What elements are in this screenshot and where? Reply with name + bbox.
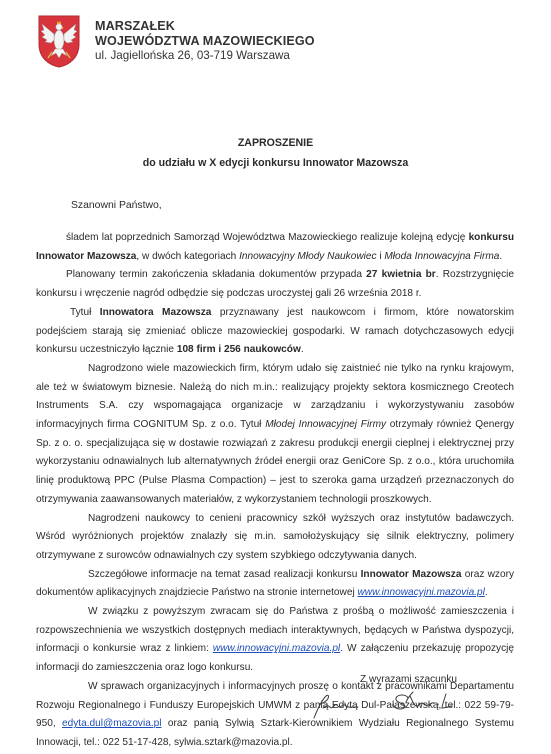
text: Tytuł bbox=[70, 307, 100, 318]
letterhead-text: MARSZAŁEK WOJEWÓDZTWA MAZOWIECKIEGO ul. … bbox=[95, 19, 315, 63]
bold-text: Innowator Mazowsza bbox=[361, 569, 462, 580]
office-title: MARSZAŁEK bbox=[95, 19, 315, 34]
email-link[interactable]: edyta.dul@mazovia.pl bbox=[62, 718, 161, 729]
paragraph-6: Szczegółowe informacje na temat zasad re… bbox=[36, 566, 514, 603]
italic-text: Młodej Innowacyjnej Firmy bbox=[265, 419, 386, 430]
letter-subtitle: do udziału w X edycji konkursu Innowator… bbox=[0, 156, 551, 170]
text: . bbox=[485, 587, 488, 598]
website-link[interactable]: www.innowacyjni.mazovia.pl bbox=[213, 643, 340, 654]
letter-title-block: ZAPROSZENIE do udziału w X edycji konkur… bbox=[0, 136, 551, 170]
office-address: ul. Jagiellońska 26, 03-719 Warszawa bbox=[95, 48, 315, 63]
letter-title: ZAPROSZENIE bbox=[0, 136, 551, 150]
text: Szczegółowe informacje na temat zasad re… bbox=[88, 569, 361, 580]
paragraph-3: Tytuł Innowatora Mazowsza przyznawany je… bbox=[36, 304, 514, 360]
website-link[interactable]: www.innowacyjni.mazovia.pl bbox=[358, 587, 485, 598]
handwritten-signature-icon bbox=[310, 688, 460, 722]
salutation: Szanowni Państwo, bbox=[71, 200, 162, 211]
text: . bbox=[499, 251, 502, 262]
italic-text: Innowacyjny Młody Naukowiec bbox=[239, 251, 376, 262]
text: otrzymały również Qenergy Sp. z o. o. sp… bbox=[36, 419, 514, 505]
text: , w dwóch kategoriach bbox=[136, 251, 239, 262]
paragraph-2: Planowany termin zakończenia składania d… bbox=[36, 266, 514, 303]
paragraph-5: Nagrodzeni naukowcy to cenieni pracownic… bbox=[36, 510, 514, 566]
italic-text: Młoda Innowacyjna Firma bbox=[384, 251, 499, 262]
paragraph-7: W związku z powyższym zwracam się do Pań… bbox=[36, 603, 514, 678]
paragraph-4: Nagrodzono wiele mazowieckich firm, któr… bbox=[36, 360, 514, 510]
paragraph-1: śladem lat poprzednich Samorząd Wojewódz… bbox=[36, 229, 514, 266]
mazovia-coat-of-arms-icon bbox=[37, 14, 81, 68]
letterhead: MARSZAŁEK WOJEWÓDZTWA MAZOWIECKIEGO ul. … bbox=[37, 14, 517, 84]
text: . bbox=[301, 344, 304, 355]
text: śladem lat poprzednich Samorząd Wojewódz… bbox=[66, 232, 469, 243]
bold-text: Innowatora Mazowsza bbox=[100, 307, 212, 318]
bold-text: 108 firm i 256 naukowców bbox=[177, 344, 301, 355]
text: Planowany termin zakończenia składania d… bbox=[66, 269, 366, 280]
text: Nagrodzeni naukowcy to cenieni pracownic… bbox=[36, 513, 514, 561]
bold-text: 27 kwietnia br bbox=[366, 269, 436, 280]
office-region: WOJEWÓDZTWA MAZOWIECKIEGO bbox=[95, 34, 315, 49]
closing-phrase: Z wyrazami szacunku bbox=[360, 674, 457, 685]
